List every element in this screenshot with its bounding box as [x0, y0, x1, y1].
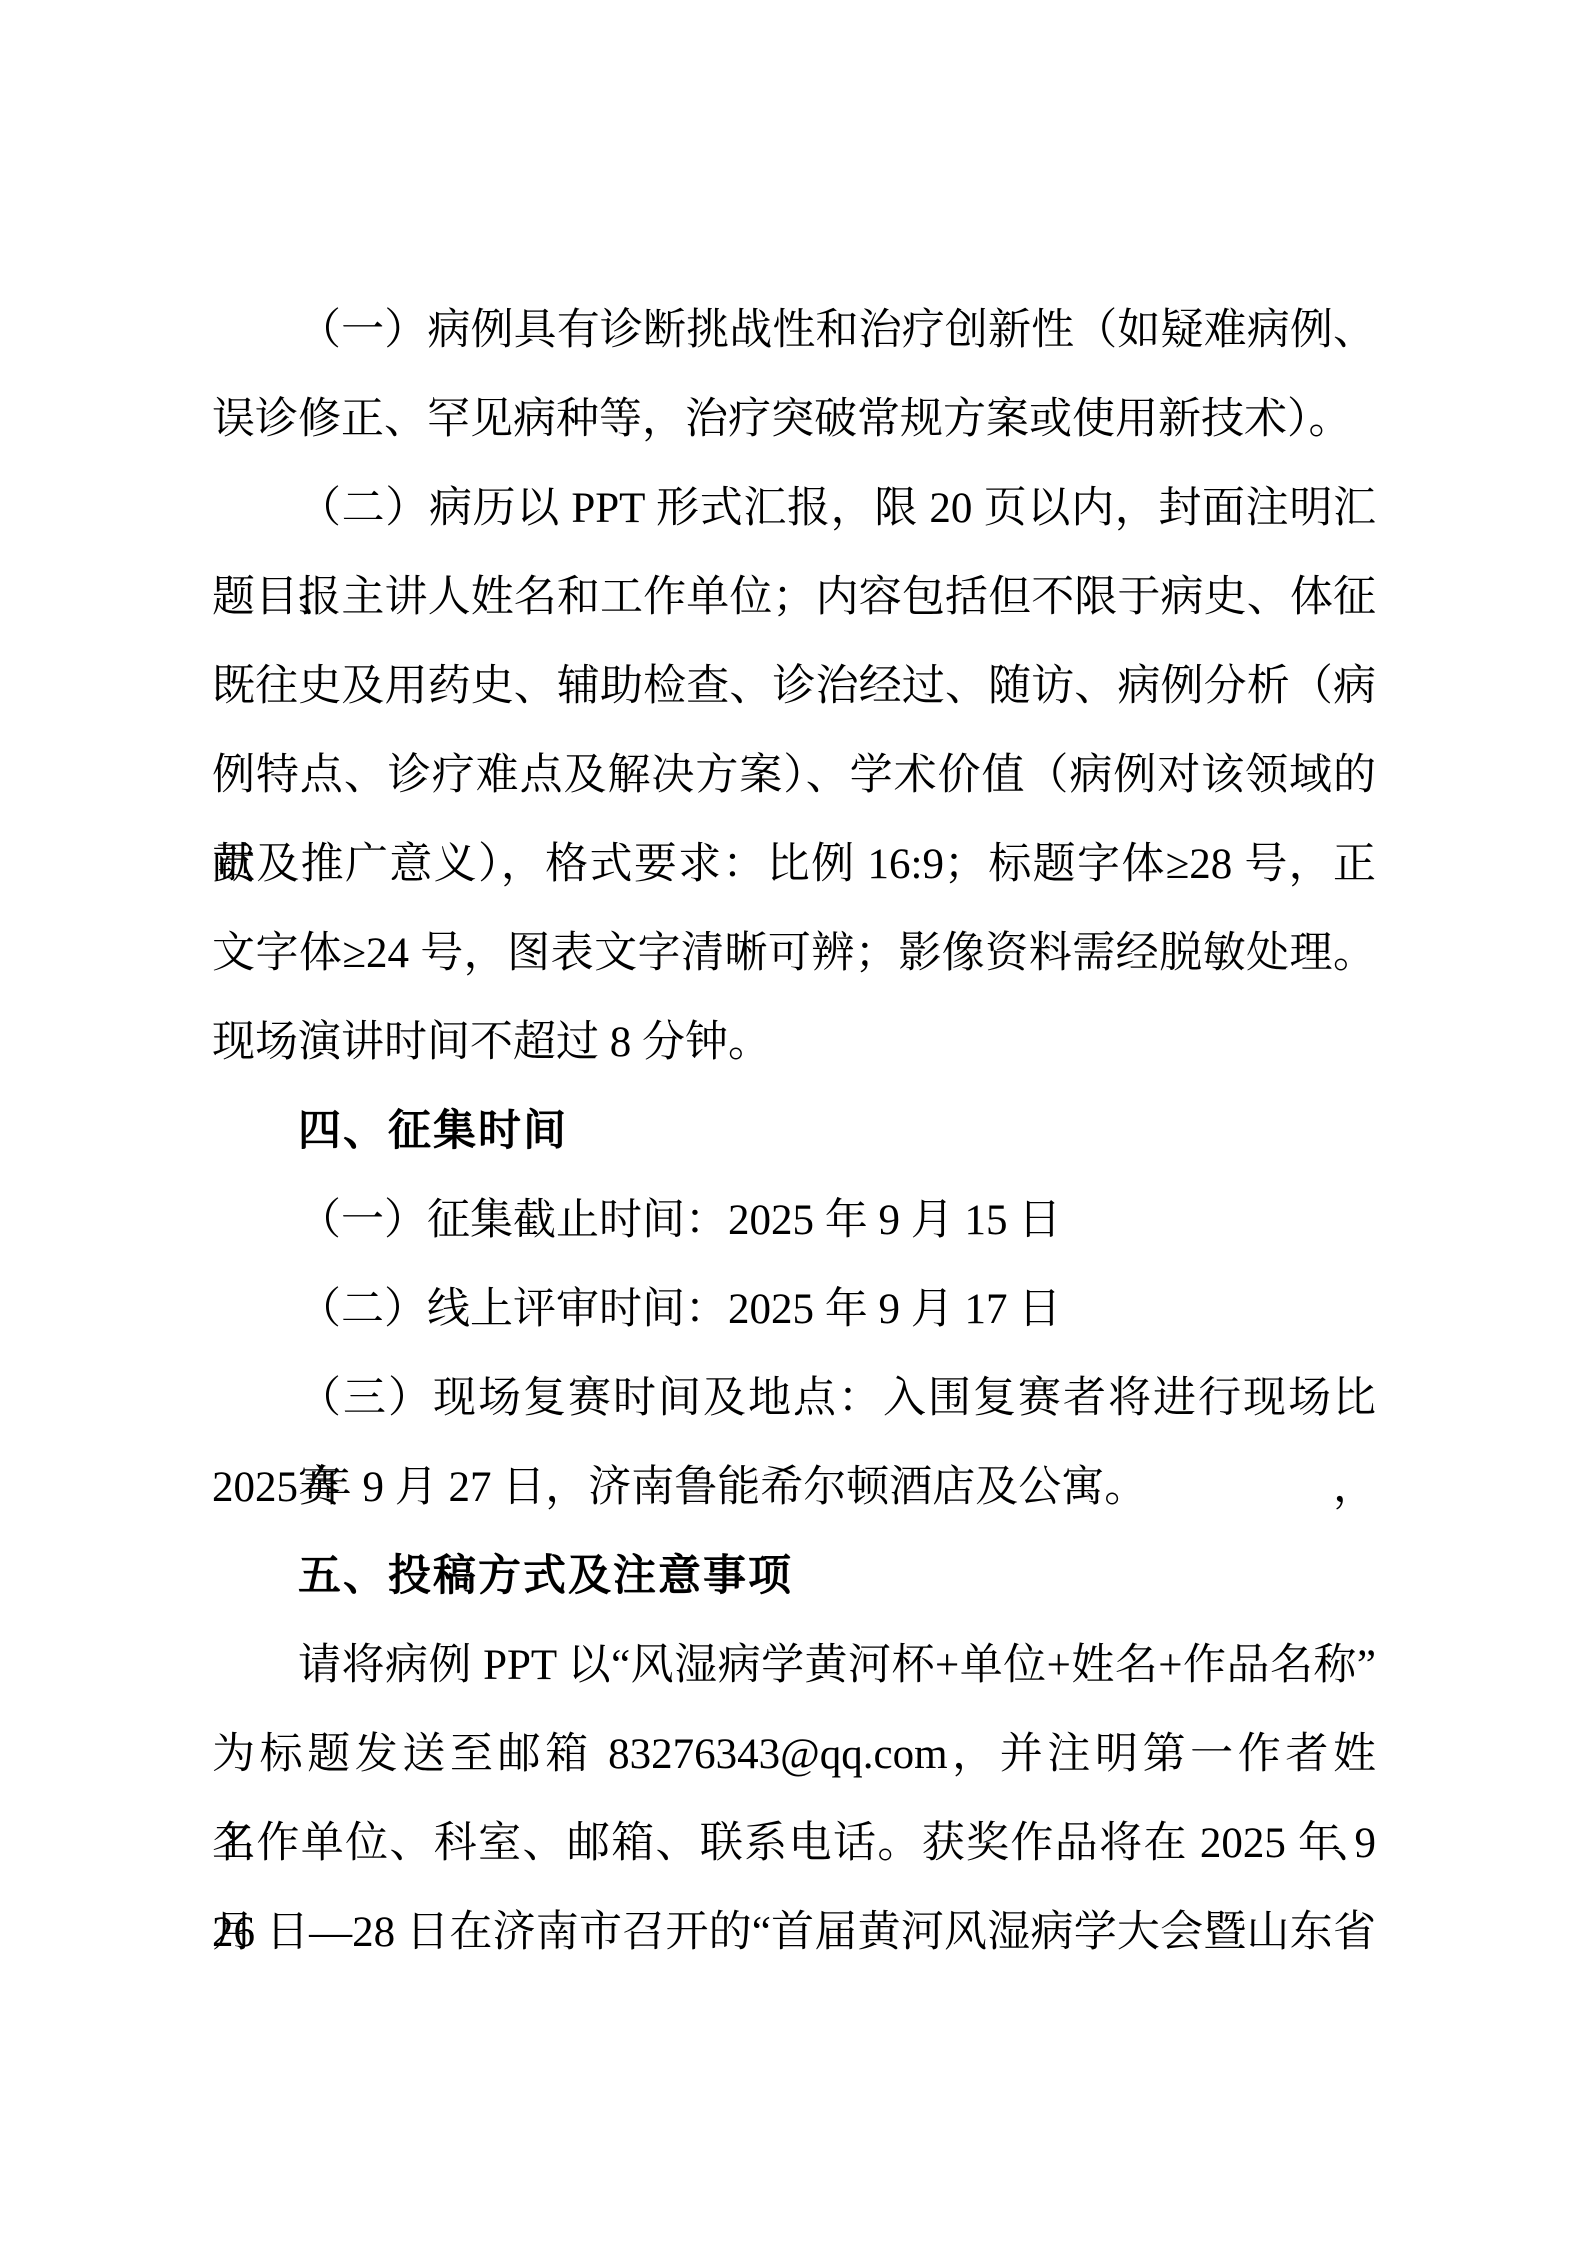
section-heading-5: 五、投稿方式及注意事项	[212, 1532, 1376, 1621]
section-heading-4: 四、征集时间	[212, 1087, 1376, 1176]
text-line-final: （三）现场复赛时间及地点：入围复赛者将进行现场比赛，	[212, 1354, 1376, 1443]
text-line: （一）病例具有诊断挑战性和治疗创新性（如疑难病例、	[212, 286, 1376, 375]
text-line: 题目、主讲人姓名和工作单位；内容包括但不限于病史、体征	[212, 553, 1376, 642]
text-line: 26 日—28 日在济南市召开的“首届黄河风湿病学大会暨山东省	[212, 1888, 1376, 1977]
text-line: 文字体≥24 号，图表文字清晰可辨；影像资料需经脱敏处理。	[212, 909, 1376, 998]
text-line: 工作单位、科室、邮箱、联系电话。获奖作品将在 2025 年 9 月	[212, 1799, 1376, 1888]
text-line: （二）病历以 PPT 形式汇报，限 20 页以内，封面注明汇报	[212, 464, 1376, 553]
text-line: 既往史及用药史、辅助检查、诊治经过、随访、病例分析（病	[212, 642, 1376, 731]
text-line-review: （二）线上评审时间：2025 年 9 月 17 日	[212, 1265, 1376, 1354]
text-line-deadline: （一）征集截止时间：2025 年 9 月 15 日	[212, 1176, 1376, 1265]
text-line: 误诊修正、罕见病种等，治疗突破常规方案或使用新技术）。	[212, 375, 1376, 464]
text-line: 献及推广意义），格式要求：比例 16:9；标题字体≥28 号，正	[212, 820, 1376, 909]
text-line-email: 为标题发送至邮箱 83276343@qq.com，并注明第一作者姓名、	[212, 1710, 1376, 1799]
document-page: （一）病例具有诊断挑战性和治疗创新性（如疑难病例、 误诊修正、罕见病种等，治疗突…	[0, 0, 1588, 2245]
document-text-block: （一）病例具有诊断挑战性和治疗创新性（如疑难病例、 误诊修正、罕见病种等，治疗突…	[212, 286, 1376, 1977]
text-line: 现场演讲时间不超过 8 分钟。	[212, 998, 1376, 1087]
text-line: 请将病例 PPT 以“风湿病学黄河杯+单位+姓名+作品名称”	[212, 1621, 1376, 1710]
text-line: 例特点、诊疗难点及解决方案）、学术价值（病例对该领域的贡	[212, 731, 1376, 820]
